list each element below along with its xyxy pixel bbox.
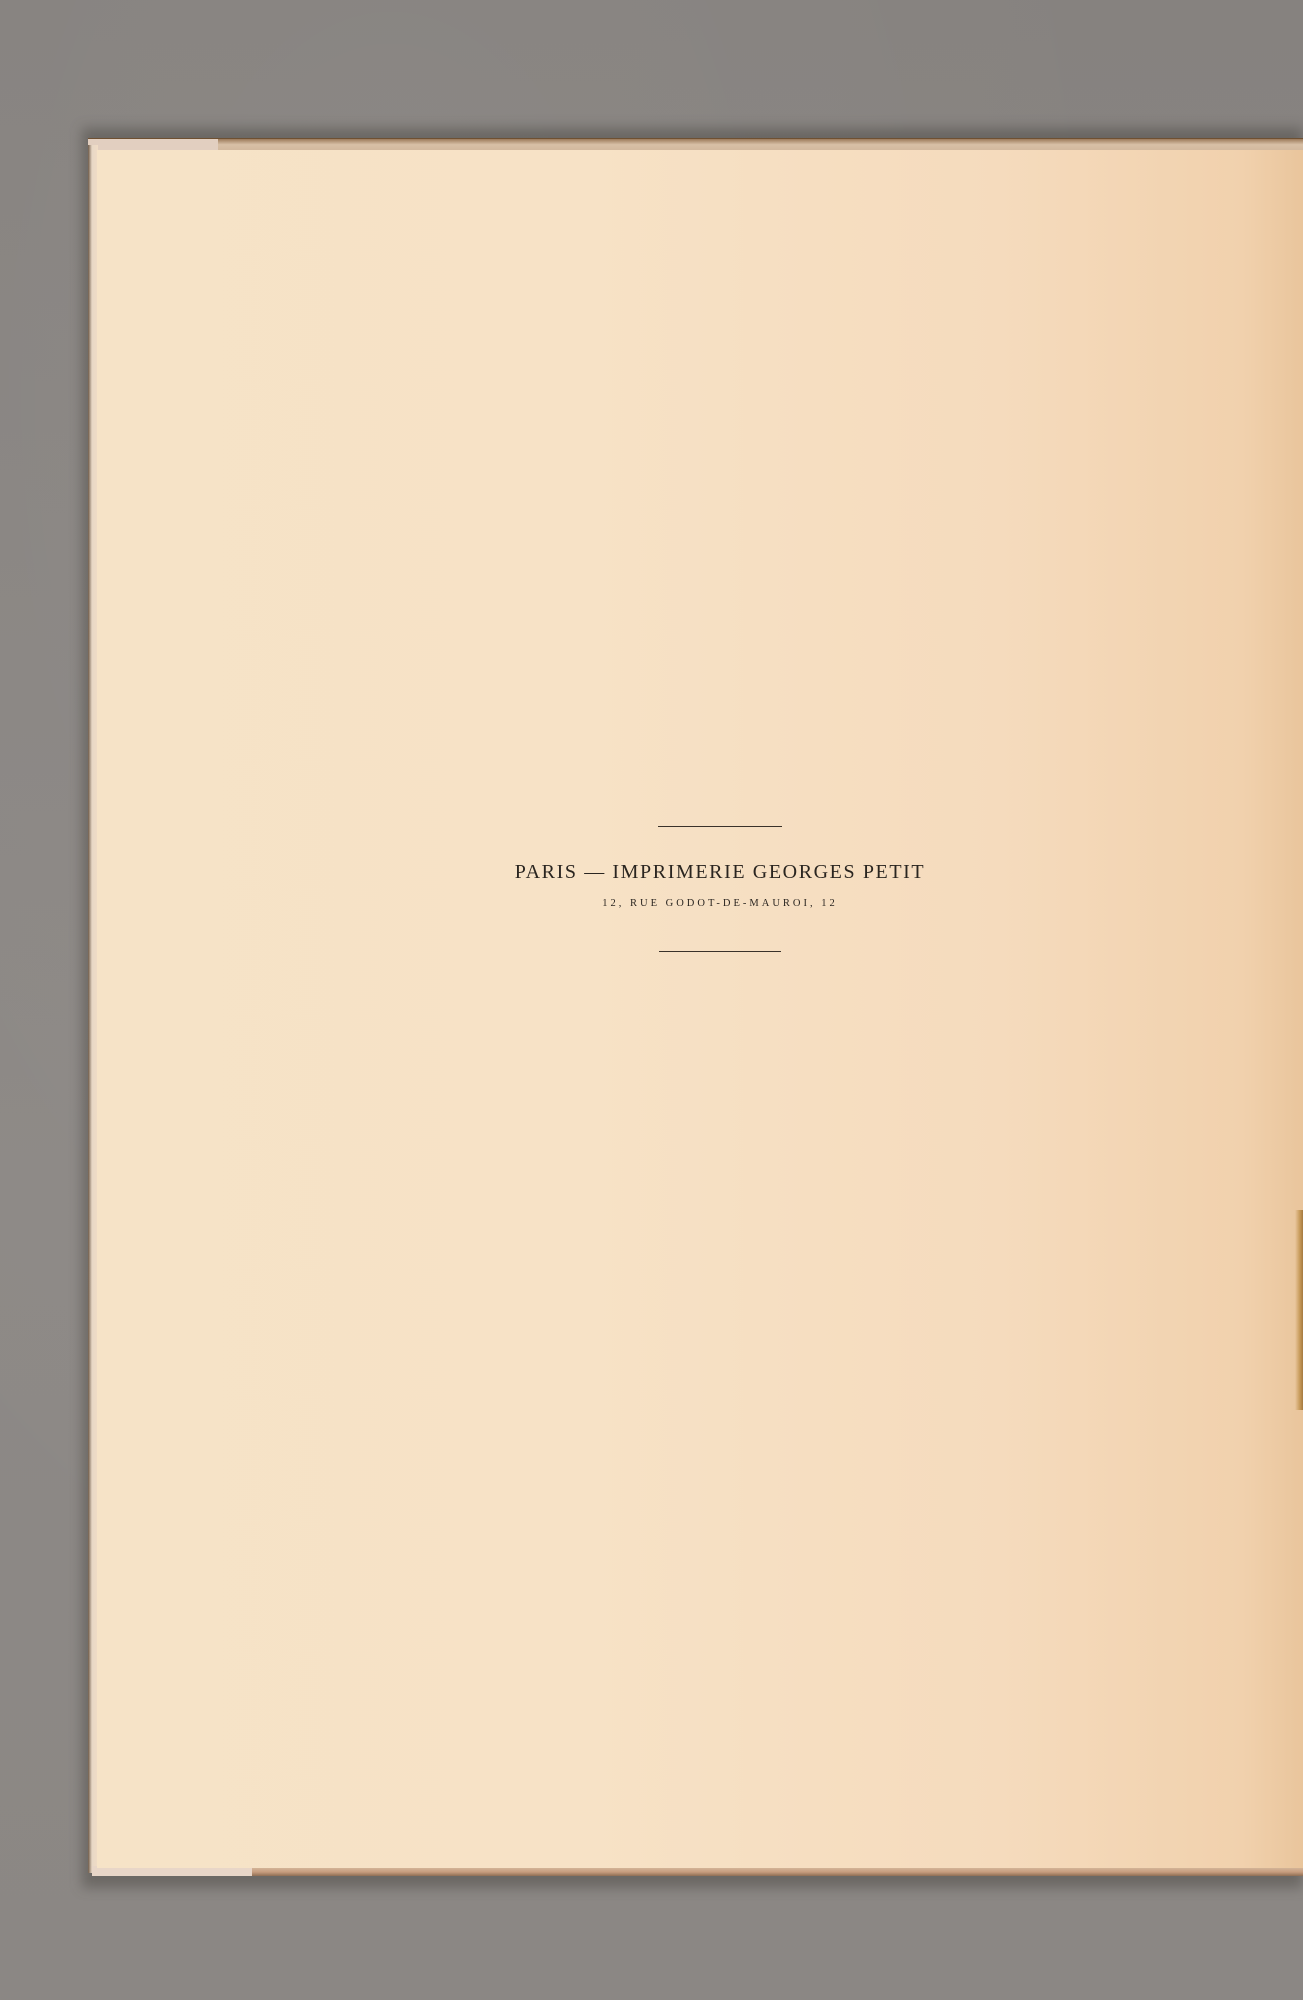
printer-imprint: PARIS — IMPRIMERIE GEORGES PETIT 12, RUE… bbox=[420, 812, 1020, 952]
adjacent-page-fold bbox=[1295, 1210, 1303, 1410]
book-page bbox=[97, 150, 1303, 1868]
top-rule bbox=[658, 826, 782, 827]
imprint-address-line: 12, RUE GODOT-DE-MAUROI, 12 bbox=[420, 898, 1020, 909]
bottom-rule bbox=[659, 951, 781, 952]
imprint-main-line: PARIS — IMPRIMERIE GEORGES PETIT bbox=[420, 861, 1020, 884]
